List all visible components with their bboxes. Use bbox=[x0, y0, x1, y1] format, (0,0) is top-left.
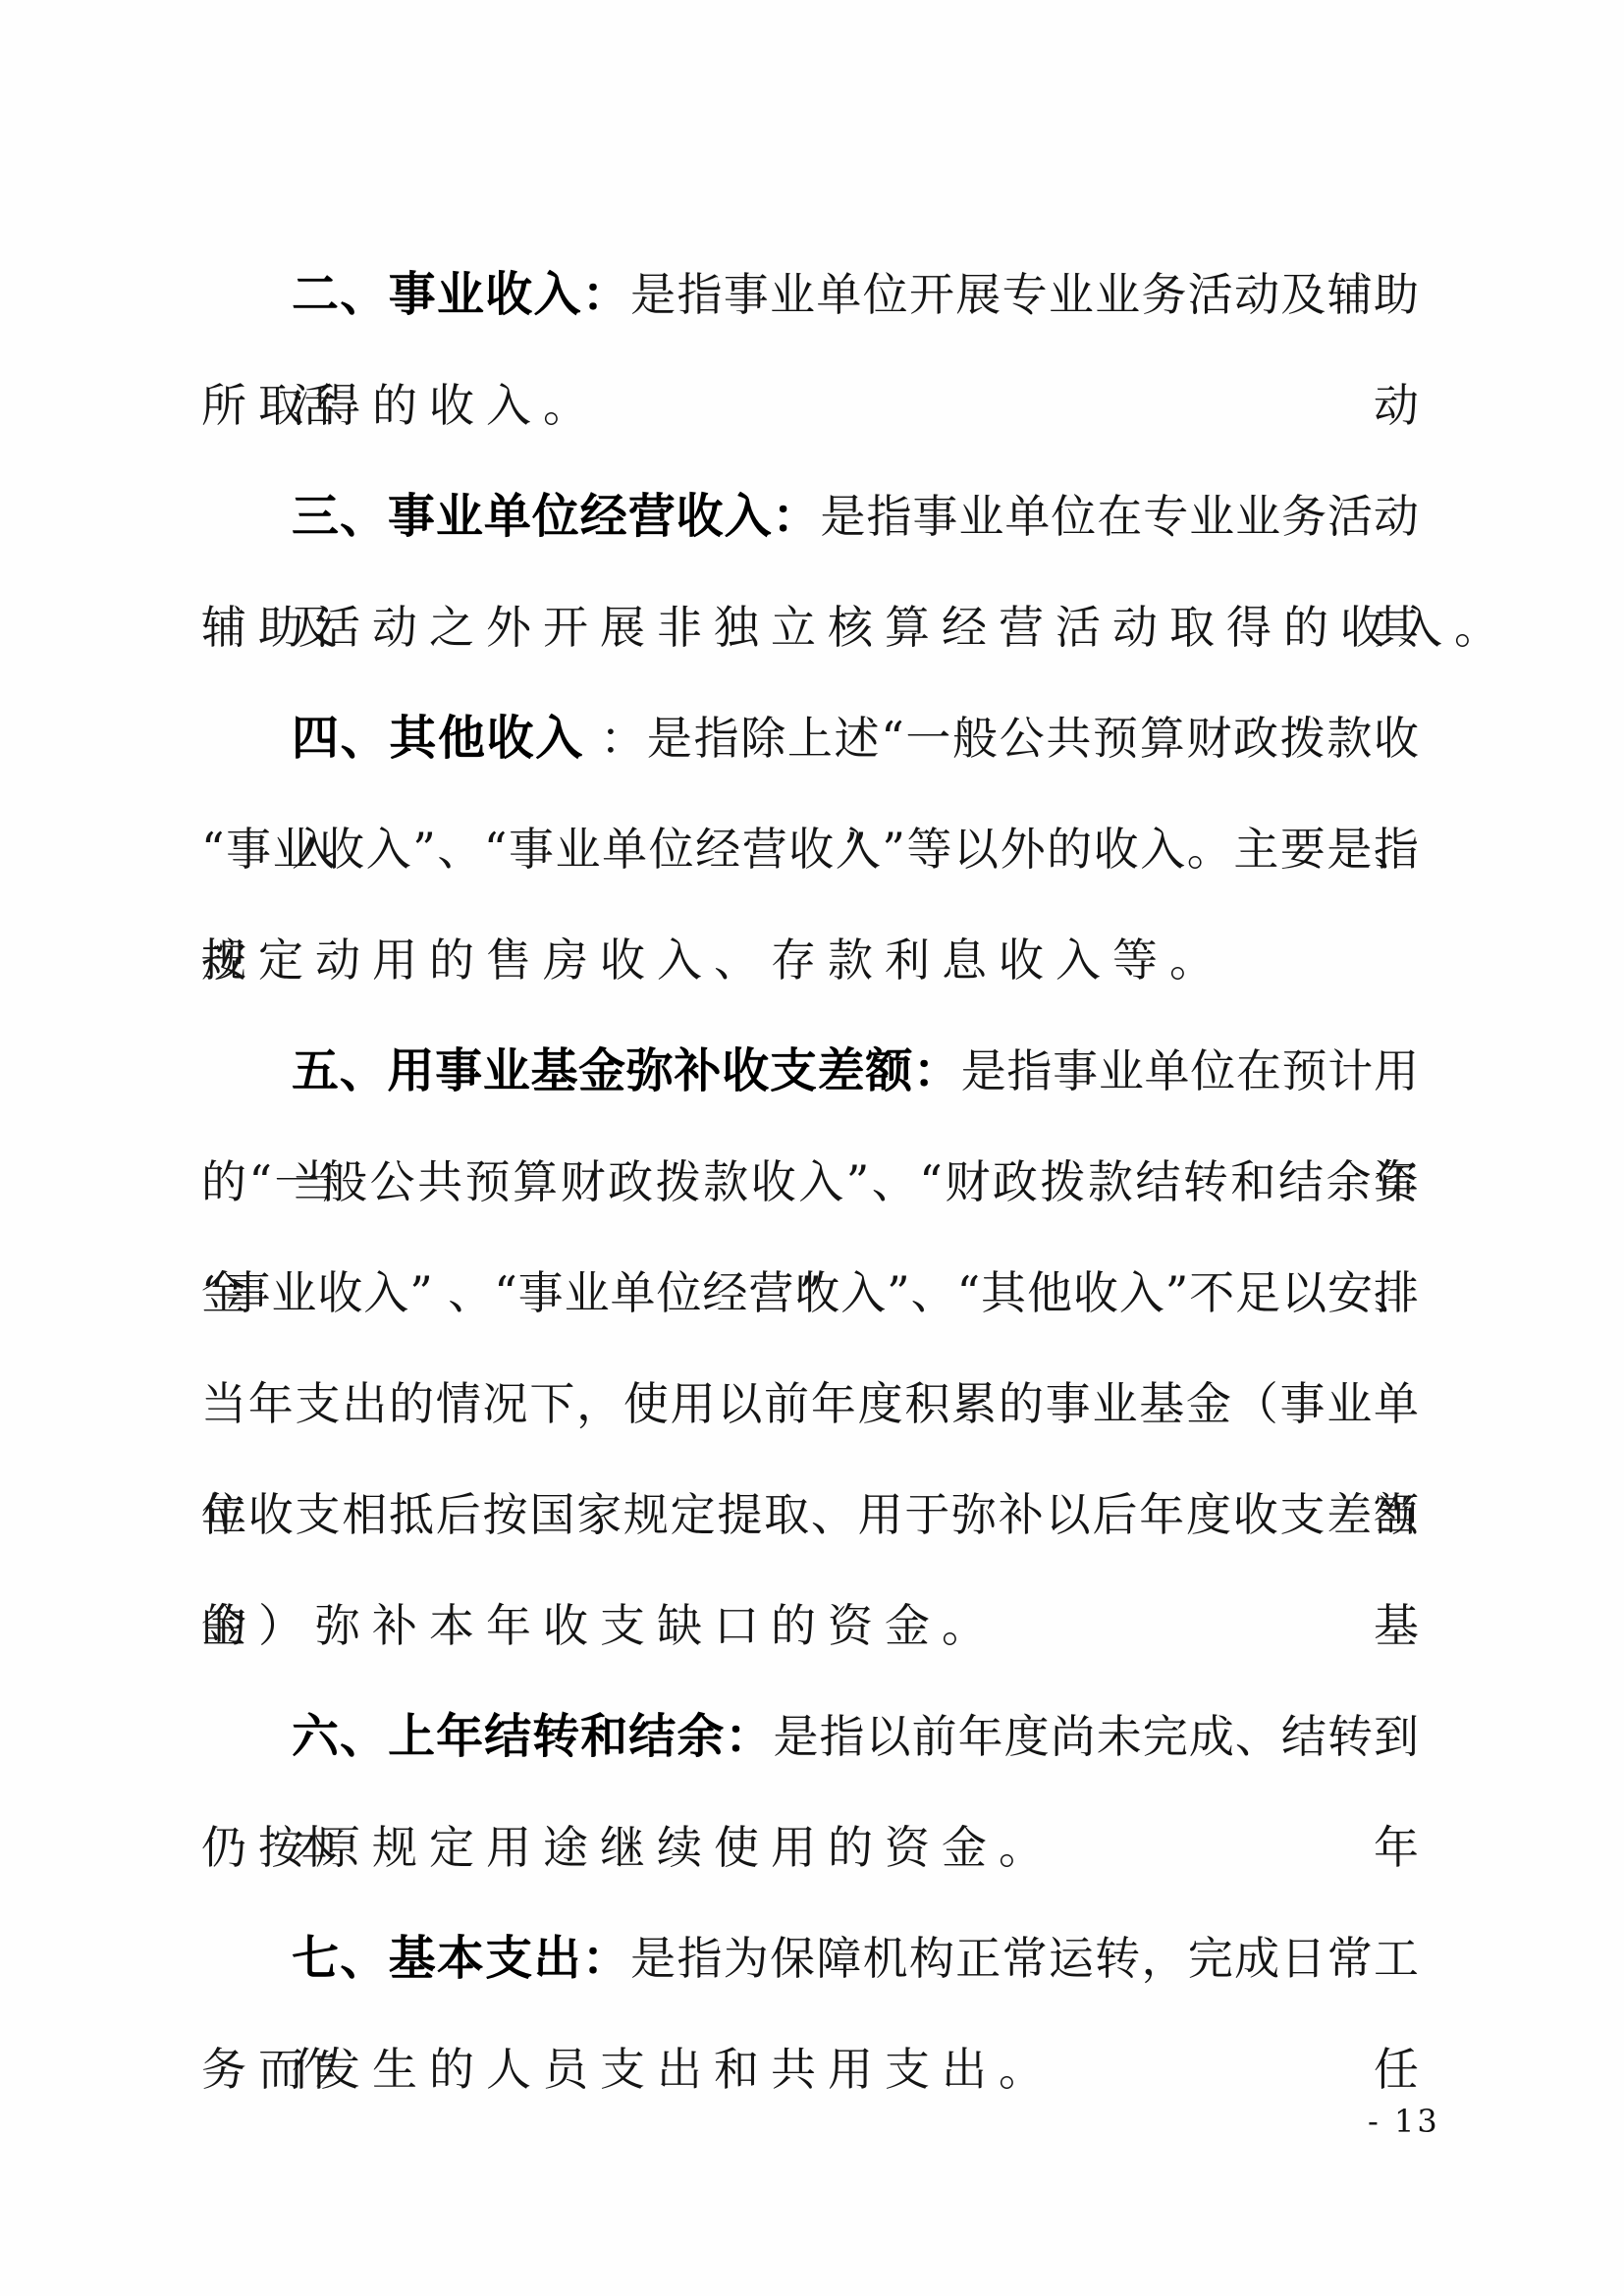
text-line: 五、用事业基金弥补收支差额：是指事业单位在预计用当年 bbox=[201, 1016, 1419, 1127]
document-body: 二、事业收入：是指事业单位开展专业业务活动及辅助活动所取得的收入。三、事业单位经… bbox=[201, 240, 1419, 2125]
document-page: 二、事业收入：是指事业单位开展专业业务活动及辅助活动所取得的收入。三、事业单位经… bbox=[0, 0, 1624, 2296]
text-line: 二、事业收入：是指事业单位开展专业业务活动及辅助活动 bbox=[201, 240, 1419, 350]
text-line: 六、上年结转和结余：是指以前年度尚未完成、结转到本年 bbox=[201, 1682, 1419, 1792]
line-text: 辅助活动之外开展非独立核算经营活动取得的收入。 bbox=[201, 601, 1511, 654]
line-text: 所取得的收入。 bbox=[201, 379, 600, 432]
text-line: “事业收入” 、“事业单位经营收入”、“其他收入”不足以安排 bbox=[201, 1238, 1419, 1349]
term-heading: 六、上年结转和结余： bbox=[292, 1709, 773, 1764]
term-heading: 二、事业收入： bbox=[292, 267, 630, 322]
text-line: “事业收入”、“事业单位经营收入”等以外的收入。主要是指按 bbox=[201, 794, 1419, 905]
line-text: “事业收入” 、“事业单位经营收入”、“其他收入”不足以安排 bbox=[201, 1266, 1419, 1319]
line-text: 金）弥补本年收支缺口的资金。 bbox=[201, 1599, 999, 1652]
line-text: 务而发生的人员支出和共用支出。 bbox=[201, 2043, 1056, 2096]
text-line: 辅助活动之外开展非独立核算经营活动取得的收入。 bbox=[201, 572, 1419, 683]
line-text: 规定动用的售房收入、存款利息收入等。 bbox=[201, 934, 1226, 987]
page-number: - 13 bbox=[1368, 2103, 1440, 2140]
text-line: 的“一般公共预算财政拨款收入”、“财政拨款结转和结余资金”、 bbox=[201, 1127, 1419, 1238]
text-line: 七、基本支出：是指为保障机构正常运转，完成日常工作任 bbox=[201, 1903, 1419, 2014]
text-line: 当年支出的情况下，使用以前年度积累的事业基金（事业单位当 bbox=[201, 1349, 1419, 1460]
text-line: 三、事业单位经营收入：是指事业单位在专业业务活动及其 bbox=[201, 461, 1419, 572]
text-line: 四、其他收入 ：是指除上述“一般公共预算财政拨款收入”、 bbox=[201, 683, 1419, 794]
text-line: 年收支相抵后按国家规定提取、用于弥补以后年度收支差额的基 bbox=[201, 1460, 1419, 1571]
term-heading: 五、用事业基金弥补收支差额： bbox=[292, 1043, 961, 1098]
term-heading: 三、事业单位经营收入： bbox=[292, 489, 821, 544]
term-heading: 四、其他收入 bbox=[292, 711, 584, 766]
term-heading: 七、基本支出： bbox=[292, 1931, 630, 1986]
line-text: 仍按原规定用途继续使用的资金。 bbox=[201, 1821, 1056, 1874]
text-line: 规定动用的售房收入、存款利息收入等。 bbox=[201, 905, 1419, 1016]
